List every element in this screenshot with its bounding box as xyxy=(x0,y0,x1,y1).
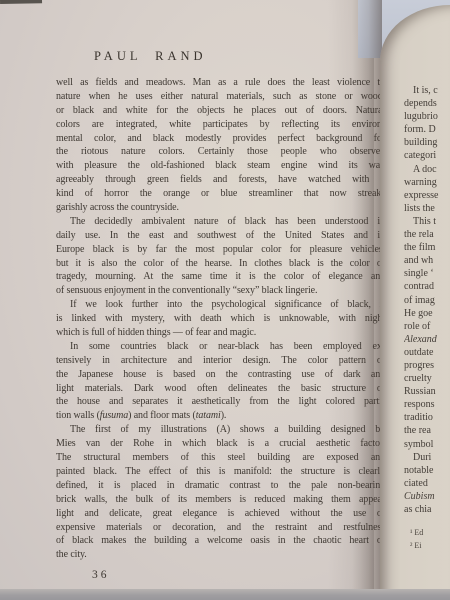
text-line: respons xyxy=(404,398,450,411)
text-line: The first of my illustrations (A) shows … xyxy=(56,423,385,437)
text-line: traditio xyxy=(404,411,450,424)
text-line: well as fields and meadows. Man as a rul… xyxy=(56,76,385,90)
text-line: categori xyxy=(404,149,450,162)
text-line: Europe black is by far the most popular … xyxy=(56,243,385,257)
text-line: lists the xyxy=(404,202,450,215)
right-page-text: It is, cdependslugubrioform. Dbuildingca… xyxy=(404,84,450,516)
text-line: role of xyxy=(404,320,450,333)
table-surface xyxy=(0,589,450,600)
text-line: outdate xyxy=(404,346,450,359)
text-line: or black and white for the objects he pl… xyxy=(56,104,385,118)
text-line: and wh xyxy=(404,254,450,267)
text-line: symbol xyxy=(404,438,450,451)
text-line: He goe xyxy=(404,307,450,320)
book-photo: PAUL RAND well as fields and meadows. Ma… xyxy=(0,0,450,600)
footnote-line: ² Ei xyxy=(410,540,450,553)
text-line: notable xyxy=(404,464,450,477)
text-line: of black makes the building a welcome oa… xyxy=(56,534,385,548)
text-line: If we look further into the psychologica… xyxy=(56,298,385,312)
text-line: kind of horror the orange or blue stream… xyxy=(56,187,385,201)
text-line: expresse xyxy=(404,189,450,202)
text-line: painted black. The effect of this is man… xyxy=(56,465,385,479)
text-line: light and delicate, great elegance is ac… xyxy=(56,507,385,521)
text-line: the house and separates it aesthetically… xyxy=(56,395,385,409)
text-line: the rea xyxy=(404,424,450,437)
text-line: Russian xyxy=(404,385,450,398)
text-line: tion walls (fusuma) and floor mats (tata… xyxy=(56,409,385,423)
text-line: garishly across the countryside. xyxy=(56,201,385,215)
text-line: Cubism xyxy=(404,490,450,503)
text-line: expensive materials or decoration, and t… xyxy=(56,521,385,535)
text-line: agreeably through green fields and fores… xyxy=(56,173,385,187)
text-line: building xyxy=(404,136,450,149)
text-line: lugubrio xyxy=(404,110,450,123)
text-line: warning xyxy=(404,176,450,189)
text-line: The decidedly ambivalent nature of black… xyxy=(56,215,385,229)
text-line: daily use. In the east and southwest of … xyxy=(56,229,385,243)
text-line: tragedy, mourning. At the same time it i… xyxy=(56,270,385,284)
text-line: of imag xyxy=(404,294,450,307)
text-line: Alexand xyxy=(404,333,450,346)
text-line: but it is also the color of the hearse. … xyxy=(56,257,385,271)
text-line: cruelty xyxy=(404,372,450,385)
text-line: colors are integrated, white participate… xyxy=(56,118,385,132)
text-line: with pleasure the old-fashioned black st… xyxy=(56,159,385,173)
left-page-text: well as fields and meadows. Man as a rul… xyxy=(56,76,385,562)
text-line: the Japanese house is based on the contr… xyxy=(56,368,385,382)
text-line: In some countries black or near-black ha… xyxy=(56,340,385,354)
text-line: This t xyxy=(404,215,450,228)
gutter-shadow xyxy=(352,0,382,600)
text-line: single ‘ xyxy=(404,267,450,280)
running-head: PAUL RAND xyxy=(94,49,207,64)
text-line: the riotous nature colors. Certainly tho… xyxy=(56,145,385,159)
text-line: brick walls, the bulk of its members is … xyxy=(56,493,385,507)
text-line: the rela xyxy=(404,228,450,241)
text-line: A doc xyxy=(404,163,450,176)
text-line: which is full of hidden things — of fear… xyxy=(56,326,385,340)
text-line: the film xyxy=(404,241,450,254)
text-line: contrad xyxy=(404,280,450,293)
text-line: Duri xyxy=(404,451,450,464)
text-line: nature when he uses either natural mater… xyxy=(56,90,385,104)
text-line: light materials. Dark wood often delinea… xyxy=(56,382,385,396)
text-line: The structural members of this steel bui… xyxy=(56,451,385,465)
text-line: form. D xyxy=(404,123,450,136)
text-line: tensively in architecture and interior d… xyxy=(56,354,385,368)
text-line: progres xyxy=(404,359,450,372)
text-line: of sensuous enjoyment in the conventiona… xyxy=(56,284,385,298)
text-line: mental color, and black modestly provide… xyxy=(56,132,385,146)
text-line: depends xyxy=(404,97,450,110)
text-line: ciated xyxy=(404,477,450,490)
page-number: 36 xyxy=(92,569,110,581)
text-line: defined, it is placed in dramatic contra… xyxy=(56,479,385,493)
footnote-line: ¹ Ed xyxy=(410,527,450,540)
text-line: as chia xyxy=(404,503,450,516)
text-line: It is, c xyxy=(404,84,450,97)
text-line: Mies van der Rohe in which black is a cr… xyxy=(56,437,385,451)
right-page-footnotes: ¹ Ed² Ei xyxy=(410,527,450,552)
text-line: is linked with mystery, with death which… xyxy=(56,312,385,326)
text-line: the city. xyxy=(56,548,385,562)
